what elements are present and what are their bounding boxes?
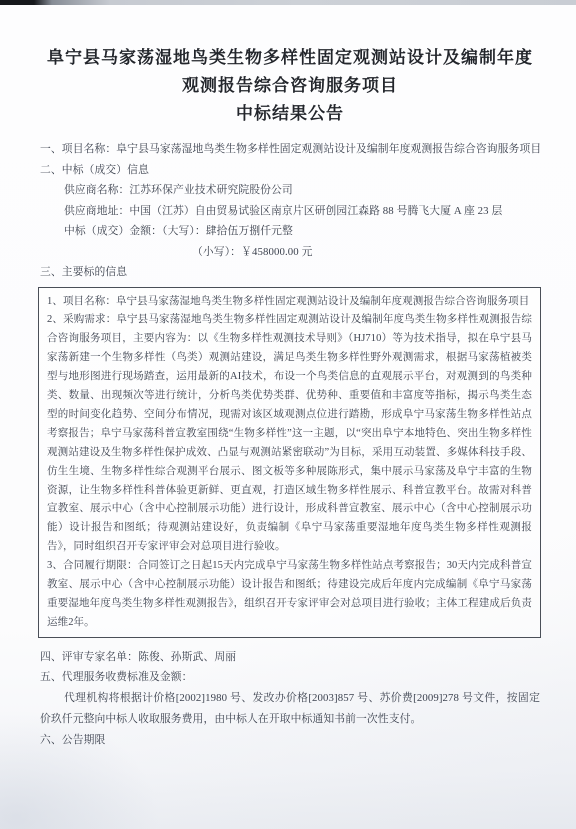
doc-footer-sections: 四、评审专家名单：陈俊、孙斯武、周丽 五、代理服务收费标准及金额： 代理机构将根… xyxy=(40,647,540,751)
document-content: 阜宁县马家荡湿地鸟类生物多样性固定观测站设计及编制年度 观测报告综合咨询服务项目… xyxy=(40,44,540,750)
box-item-procurement-demand: 2、采购需求：阜宁县马家荡湿地鸟类生物多样性固定观测站设计及编制年度鸟类生物多样… xyxy=(47,311,532,557)
supplier-address: 供应商地址：中国（江苏）自由贸易试验区南京片区研创园江森路 88 号腾飞大厦 A… xyxy=(40,201,540,222)
section-announcement-period-heading: 六、公告期限 xyxy=(40,730,540,751)
section-award-info-heading: 二、中标（成交）信息 xyxy=(40,160,540,181)
doc-title-line-1: 阜宁县马家荡湿地鸟类生物多样性固定观测站设计及编制年度 xyxy=(40,44,540,72)
scan-edge-artifact xyxy=(0,0,576,5)
agency-fee-paragraph: 代理机构将根据计价格[2002]1980 号、发改办价格[2003]857 号、… xyxy=(40,688,540,730)
award-amount-capitals: 中标（成交）金额：（大写）：肆拾伍万捌仟元整 xyxy=(40,221,540,242)
box-item-contract-period: 3、合同履行期限：合同签订之日起15天内完成阜宁马家荡生物多样性站点考察报告；3… xyxy=(47,557,532,633)
doc-body: 一、项目名称：阜宁县马家荡湿地鸟类生物多样性固定观测站设计及编制年度观测报告综合… xyxy=(40,139,540,750)
award-amount-numeric: （小写）：￥458000.00 元 xyxy=(40,242,540,263)
doc-title-line-2: 观测报告综合咨询服务项目 xyxy=(40,72,540,100)
section-project-name: 一、项目名称：阜宁县马家荡湿地鸟类生物多样性固定观测站设计及编制年度观测报告综合… xyxy=(40,139,540,160)
supplier-name: 供应商名称：江苏环保产业技术研究院股份公司 xyxy=(40,180,540,201)
section-agency-fee-heading: 五、代理服务收费标准及金额： xyxy=(40,667,540,688)
scanned-document-page: 阜宁县马家荡湿地鸟类生物多样性固定观测站设计及编制年度 观测报告综合咨询服务项目… xyxy=(0,0,576,829)
section-subject-info-heading: 三、主要标的信息 xyxy=(40,262,540,283)
box-item-project-name: 1、项目名称：阜宁县马家荡湿地鸟类生物多样性固定观测站设计及编制年度观测报告综合… xyxy=(47,293,532,312)
doc-subtitle: 中标结果公告 xyxy=(40,100,540,128)
main-subject-info-box: 1、项目名称：阜宁县马家荡湿地鸟类生物多样性固定观测站设计及编制年度观测报告综合… xyxy=(38,287,541,638)
section-expert-list: 四、评审专家名单：陈俊、孙斯武、周丽 xyxy=(40,647,540,668)
